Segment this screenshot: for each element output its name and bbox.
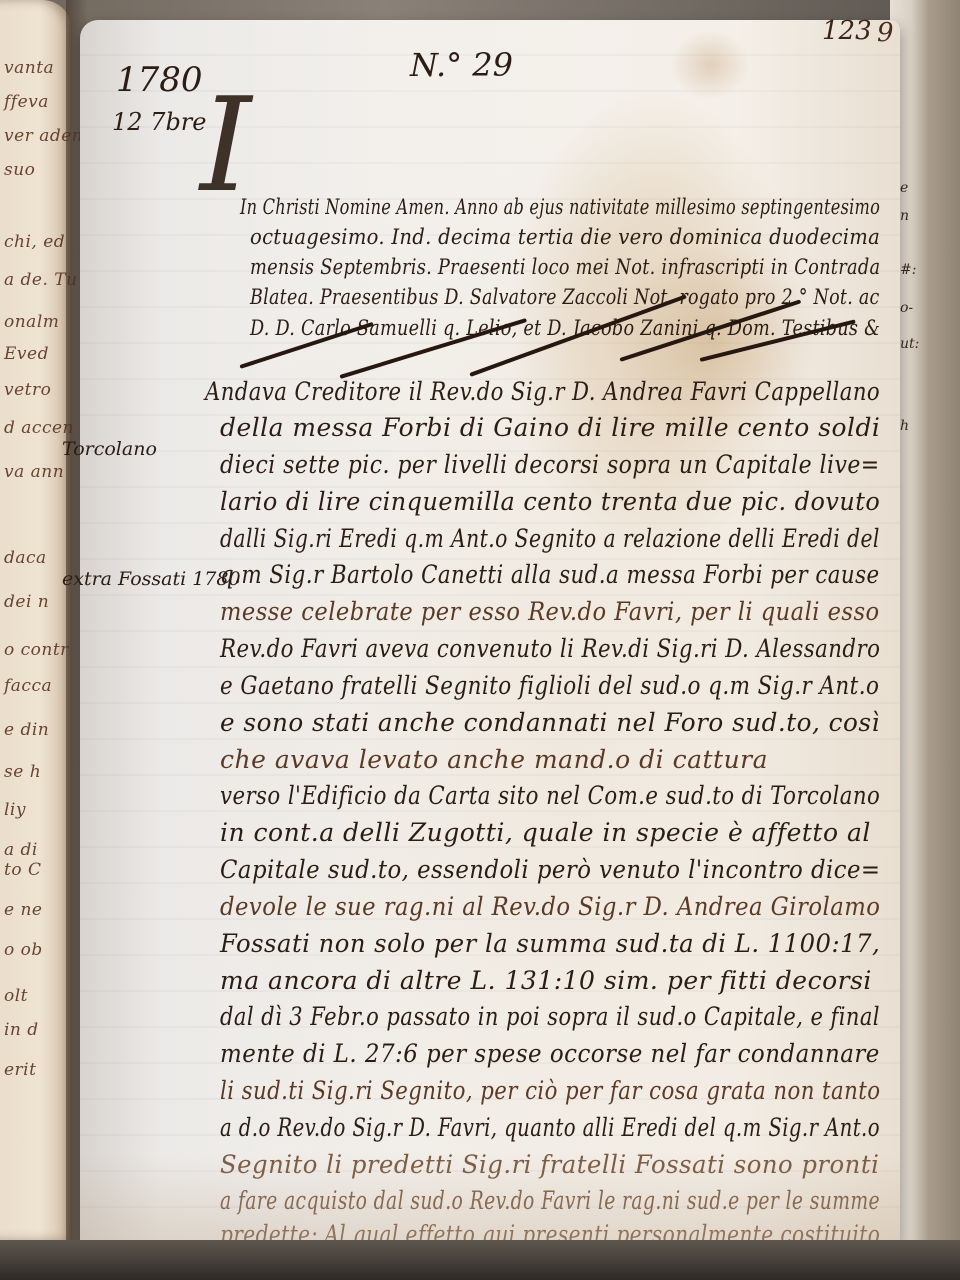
body-line: dal dì 3 Febr.o passato in poi sopra il …: [220, 1002, 880, 1031]
body-line: dalli Sig.ri Eredi q.m Ant.o Segnito a r…: [220, 524, 880, 553]
folio-number: 123: [822, 16, 872, 46]
left-page-fragment: se h: [4, 762, 41, 782]
left-page-fragment: vetro: [4, 380, 51, 400]
left-page-fragment: to C: [4, 860, 41, 880]
left-page-fragment: olt: [4, 986, 28, 1006]
body-line: Capitale sud.to, essendoli però venuto l…: [220, 855, 880, 884]
body-line: a fare acquisto dal sud.o Rev.do Favri l…: [220, 1186, 880, 1215]
facing-page-left: vanta ffeva ver adem suo chi, ed a de. T…: [0, 0, 72, 1240]
body-line: q.m Sig.r Bartolo Canetti alla sud.a mes…: [220, 560, 880, 589]
edge-mark: h: [900, 418, 909, 434]
margin-note-place: Torcolano: [62, 438, 157, 460]
margin-note-location: extra Fossati 1780: [62, 568, 241, 590]
left-page-fragment: in d: [4, 1020, 39, 1040]
body-line: Segnito li predetti Sig.ri fratelli Foss…: [220, 1150, 879, 1179]
document-number: N.° 29: [410, 46, 513, 84]
edge-mark: o-: [900, 300, 913, 316]
left-page-fragment: liy: [4, 800, 26, 820]
left-page-fragment: o contr: [4, 640, 69, 660]
left-page-fragment: daca: [4, 548, 47, 568]
desk-shadow-bottom: [0, 1240, 960, 1280]
body-line: messe celebrate per esso Rev.do Favri, p…: [220, 597, 880, 626]
body-line: della messa Forbi di Gaino di lire mille…: [220, 413, 880, 442]
body-line: mente di L. 27:6 per spese occorse nel f…: [220, 1039, 880, 1068]
header-line: mensis Septembris. Praesenti loco mei No…: [250, 255, 880, 279]
left-page-fragment: vanta: [4, 58, 54, 78]
left-page-fragment: erit: [4, 1060, 36, 1080]
left-page-fragment: e din: [4, 720, 49, 740]
body-line: lario di lire cinquemilla cento trenta d…: [220, 487, 880, 516]
decorative-initial-letter: I: [200, 80, 251, 210]
margin-date-year: 1780: [116, 60, 203, 100]
left-page-fragment: o ob: [4, 940, 43, 960]
secondary-folio-number: 9: [877, 18, 894, 48]
manuscript-page: 123 9 1780 12 7bre N.° 29 I In Christi N…: [80, 20, 900, 1245]
water-stain: [670, 30, 750, 100]
body-line: dieci sette pic. per livelli decorsi sop…: [220, 450, 880, 479]
left-page-fragment: Eved: [4, 344, 49, 364]
photo-scene: vanta ffeva ver adem suo chi, ed a de. T…: [0, 0, 960, 1280]
body-line: Rev.do Favri aveva convenuto li Rev.di S…: [220, 634, 880, 663]
left-page-fragment: facca: [4, 676, 52, 696]
body-line: e Gaetano fratelli Segnito figlioli del …: [220, 671, 879, 700]
header-line: octuagesimo. Ind. decima tertia die vero…: [250, 225, 880, 249]
left-page-fragment: dei n: [4, 592, 49, 612]
body-line: che avava levato anche mand.o di cattura: [220, 745, 768, 774]
header-line: In Christi Nomine Amen. Anno ab ejus nat…: [240, 195, 880, 219]
body-line: devole le sue rag.ni al Rev.do Sig.r D. …: [220, 892, 880, 921]
page-stack-right-edge: e n #: o- ut: h: [890, 0, 960, 1280]
edge-mark: n: [900, 208, 909, 224]
body-line: in cont.a delli Zugotti, quale in specie…: [220, 818, 871, 847]
body-line: ma ancora di altre L. 131:10 sim. per fi…: [220, 966, 872, 995]
left-page-fragment: e ne: [4, 900, 42, 920]
left-page-fragment: a di: [4, 840, 38, 860]
body-line: li sud.ti Sig.ri Segnito, per ciò per fa…: [220, 1076, 880, 1105]
body-line: Fossati non solo per la summa sud.ta di …: [220, 929, 880, 958]
left-page-fragment: onalm: [4, 312, 59, 332]
margin-date-day: 12 7bre: [112, 108, 206, 136]
body-line: e sono stati anche condannati nel Foro s…: [220, 708, 880, 737]
edge-mark: ut:: [900, 336, 919, 352]
body-line: verso l'Edificio da Carta sito nel Com.e…: [220, 781, 880, 810]
left-page-fragment: va ann: [4, 462, 64, 482]
edge-mark: e: [900, 180, 908, 196]
left-page-fragment: ffeva: [4, 92, 49, 112]
edge-mark: #:: [900, 262, 916, 278]
left-page-fragment: d accen: [4, 418, 74, 438]
left-page-fragment: suo: [4, 160, 35, 180]
body-line: Andava Creditore il Rev.do Sig.r D. Andr…: [205, 377, 880, 406]
body-line: a d.o Rev.do Sig.r D. Favri, quanto alli…: [220, 1113, 880, 1142]
left-page-fragment: chi, ed: [4, 232, 65, 252]
